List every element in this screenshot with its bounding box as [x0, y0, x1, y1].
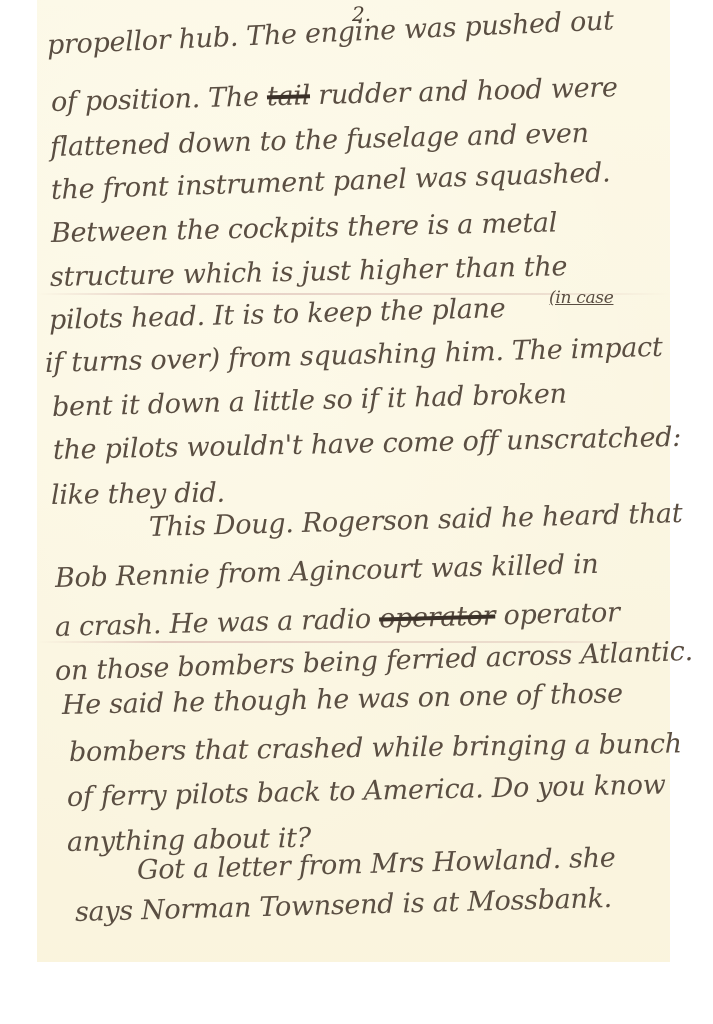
letter-line: bent it down a little so if it had broke… — [52, 379, 567, 423]
letter-line: flattened down to the fuselage and even — [50, 118, 589, 163]
letter-line: if turns over) from squashing him. The i… — [45, 332, 663, 379]
letter-line: of position. The tail rudder and hood we… — [51, 72, 618, 118]
letter-line: propellor hub. The engine was pushed out — [46, 5, 614, 61]
letter-line: the front instrument panel was squashed. — [51, 157, 611, 206]
line-text: a crash. He was a radio — [55, 604, 372, 643]
struck-word: tail — [267, 80, 311, 112]
letter-line: says Norman Townsend is at Mossbank. — [75, 883, 613, 928]
letter-line: This Doug. Rogerson said he heard that — [149, 498, 683, 543]
letter-line: the pilots wouldn't have come off unscra… — [53, 422, 682, 466]
letter-line: of ferry pilots back to America. Do you … — [67, 769, 666, 813]
letter-line: a crash. He was a radio operator operato… — [55, 597, 620, 643]
letter-line: Between the cockpits there is a metal — [51, 207, 558, 249]
letter-line: pilots head. It is to keep the plane — [49, 293, 506, 336]
struck-word: operator — [379, 600, 496, 634]
letter-line: bombers that crashed while bringing a bu… — [69, 728, 682, 768]
letter-line: He said he though he was on one of those — [62, 678, 623, 721]
letter-line: like they did. — [51, 478, 225, 511]
letter-line: structure which is just higher than the — [50, 251, 568, 293]
letter-page: 2. propellor hub. The engine was pushed … — [37, 0, 670, 962]
inserted-text: (in case — [549, 288, 613, 308]
line-text: of position. The — [51, 82, 259, 118]
letter-line: Bob Rennie from Agincourt was killed in — [55, 549, 599, 594]
line-text: operator — [503, 597, 620, 631]
line-text: rudder and hood were — [318, 72, 618, 111]
line-text: pilots head. It is to keep the plane — [49, 293, 506, 336]
